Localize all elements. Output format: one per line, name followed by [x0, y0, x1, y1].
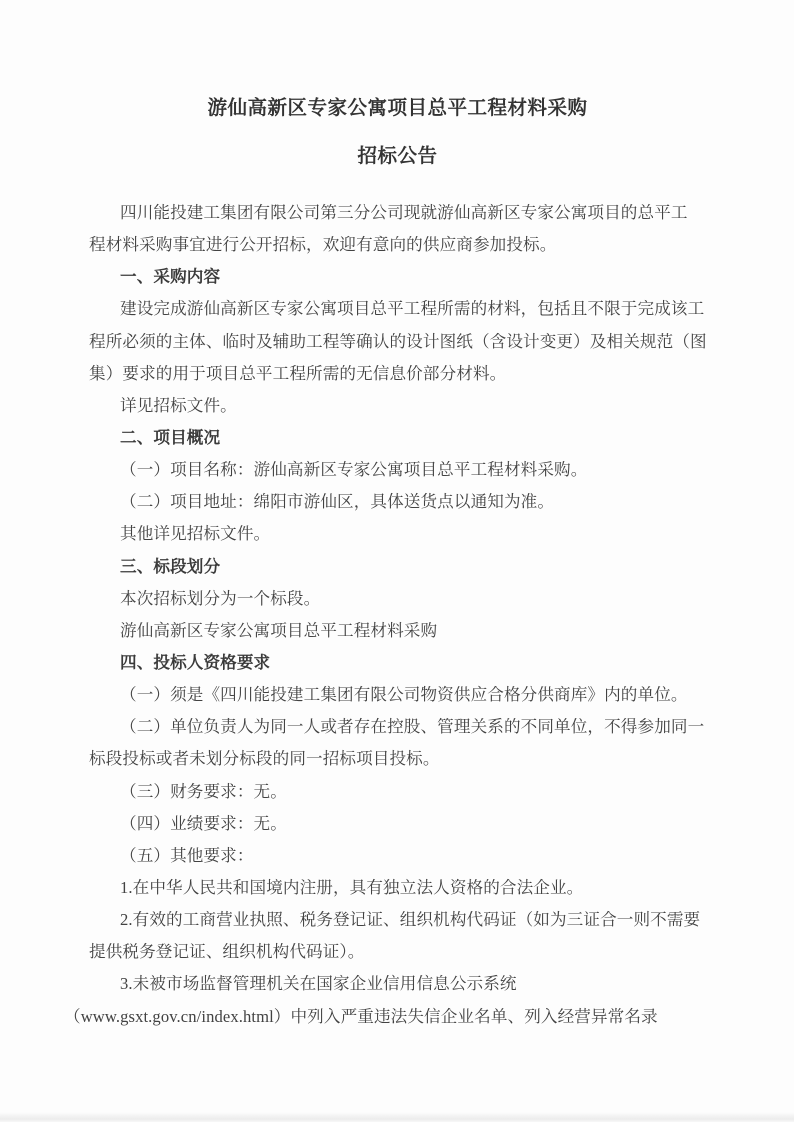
body-line: 1.在中华人民共和国境内注册，具有独立法人资格的合法企业。: [89, 872, 706, 904]
document-title: 游仙高新区专家公寓项目总平工程材料采购: [89, 96, 706, 122]
body-line: 游仙高新区专家公寓项目总平工程材料采购: [89, 615, 706, 647]
body-line: 标段投标或者未划分标段的同一招标项目投标。: [89, 743, 706, 775]
body-line: 集）要求的用于项目总平工程所需的无信息价部分材料。: [89, 358, 706, 390]
body-line: 3.未被市场监督管理机关在国家企业信用信息公示系统: [89, 968, 706, 1000]
body-line: 其他详见招标文件。: [89, 518, 706, 550]
intro-paragraph-line: 四川能投建工集团有限公司第三分公司现就游仙高新区专家公寓项目的总平工: [89, 197, 706, 229]
document-body: 游仙高新区专家公寓项目总平工程材料采购招标公告四川能投建工集团有限公司第三分公司…: [89, 96, 706, 1033]
body-line: （一）项目名称：游仙高新区专家公寓项目总平工程材料采购。: [89, 454, 706, 486]
body-line: （四）业绩要求：无。: [89, 808, 706, 840]
body-line: 建设完成游仙高新区专家公寓项目总平工程所需的材料，包括且不限于完成该工: [89, 293, 706, 325]
body-line: 详见招标文件。: [89, 390, 706, 422]
section-heading-bidder-qualifications: 四、投标人资格要求: [89, 647, 706, 679]
body-line: （三）财务要求：无。: [89, 776, 706, 808]
body-line: （www.gsxt.gov.cn/index.html）中列入严重违法失信企业名…: [64, 1001, 706, 1033]
document-page: 游仙高新区专家公寓项目总平工程材料采购招标公告四川能投建工集团有限公司第三分公司…: [0, 0, 794, 1122]
body-line: 2.有效的工商营业执照、税务登记证、组织机构代码证（如为三证合一则不需要: [89, 904, 706, 936]
body-line: （五）其他要求：: [89, 840, 706, 872]
document-subtitle: 招标公告: [89, 144, 706, 170]
section-heading-bid-sections: 三、标段划分: [89, 551, 706, 583]
intro-paragraph-line: 程材料采购事宜进行公开招标，欢迎有意向的供应商参加投标。: [89, 229, 706, 261]
body-line: 本次招标划分为一个标段。: [89, 583, 706, 615]
scan-edge-shadow: [0, 1112, 794, 1122]
body-line: （一）须是《四川能投建工集团有限公司物资供应合格分供商库》内的单位。: [89, 679, 706, 711]
body-line: （二）项目地址：绵阳市游仙区，具体送货点以通知为准。: [89, 486, 706, 518]
section-heading-procurement-content: 一、采购内容: [89, 261, 706, 293]
body-line: 提供税务登记证、组织机构代码证）。: [89, 936, 706, 968]
section-heading-project-overview: 二、项目概况: [89, 422, 706, 454]
body-line: （二）单位负责人为同一人或者存在控股、管理关系的不同单位，不得参加同一: [89, 711, 706, 743]
body-line: 程所必须的主体、临时及辅助工程等确认的设计图纸（含设计变更）及相关规范（图: [89, 326, 706, 358]
